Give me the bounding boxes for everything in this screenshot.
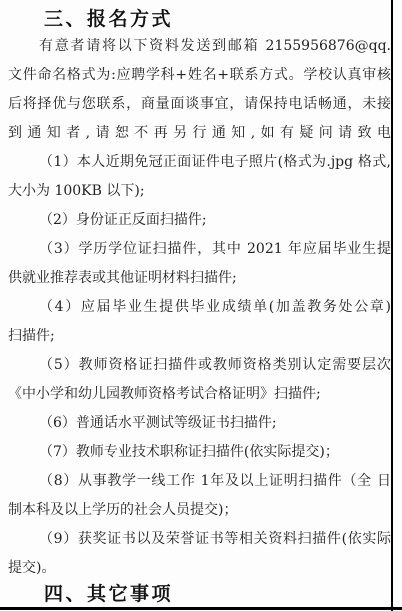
text-line: （7）教师专业技术职称证扫描件(依实际提交)； xyxy=(8,438,391,467)
text-line: （1）本人近期免冠正面证件电子照片(格式为.jpg 格式, xyxy=(8,148,391,177)
text-line: （8）从事教学一线工作 1年及以上证明扫描件（全 日 xyxy=(8,467,391,496)
text-line: 扫描件; xyxy=(8,322,391,351)
document-content: 三、报名方式 有意者请将以下资料发送到邮箱 2155956876@qq. com… xyxy=(8,0,391,605)
text-line: 大小为 100KB 以下); xyxy=(8,177,391,206)
text-line: 到通知者,请恕不再另行通知,如有疑问请致电 18928273266。 xyxy=(8,119,391,148)
document-page: 三、报名方式 有意者请将以下资料发送到邮箱 2155956876@qq. com… xyxy=(0,0,402,611)
text-line: （6）普通话水平测试等级证书扫描件; xyxy=(8,409,391,438)
text-line: （5）教师资格证扫描件或教师资格类别认定需要层次 xyxy=(8,351,391,380)
text-line: （9）获奖证书以及荣誉证书等相关资料扫描件(依实际 xyxy=(8,525,391,554)
heading-other-matters: 四、其它事项 xyxy=(44,583,391,605)
text-line: 有意者请将以下资料发送到邮箱 2155956876@qq. com, xyxy=(8,32,391,61)
text-line: 提交)。 xyxy=(8,554,391,583)
heading-application-method: 三、报名方式 xyxy=(44,7,391,31)
text-line: （2）身份证正反面扫描件; xyxy=(8,206,391,235)
text-line: （3）学历学位证扫描件，其中 2021 年应届毕业生提 xyxy=(8,235,391,264)
table-border-right-line xyxy=(391,0,393,611)
table-border-bottom-line xyxy=(0,607,402,610)
text-line: 后将择优与您联系，商量面谈事宜，请保持电话畅通，未接 xyxy=(8,90,391,119)
text-line: 文件命名格式为:应聘学科+姓名+联系方式。学校认真审核 xyxy=(8,61,391,90)
text-line: 供就业推荐表或其他证明材料扫描件; xyxy=(8,264,391,293)
text-line: （4）应届毕业生提供毕业成绩单(加盖教务处公章) xyxy=(8,293,391,322)
text-line: 《中小学和幼儿园教师资格考试合格证明》扫描件; xyxy=(8,380,391,409)
text-lines: 有意者请将以下资料发送到邮箱 2155956876@qq. com,文件命名格式… xyxy=(8,32,391,583)
text-line: 制本科及以上学历的社会人员提交)； xyxy=(8,496,391,525)
